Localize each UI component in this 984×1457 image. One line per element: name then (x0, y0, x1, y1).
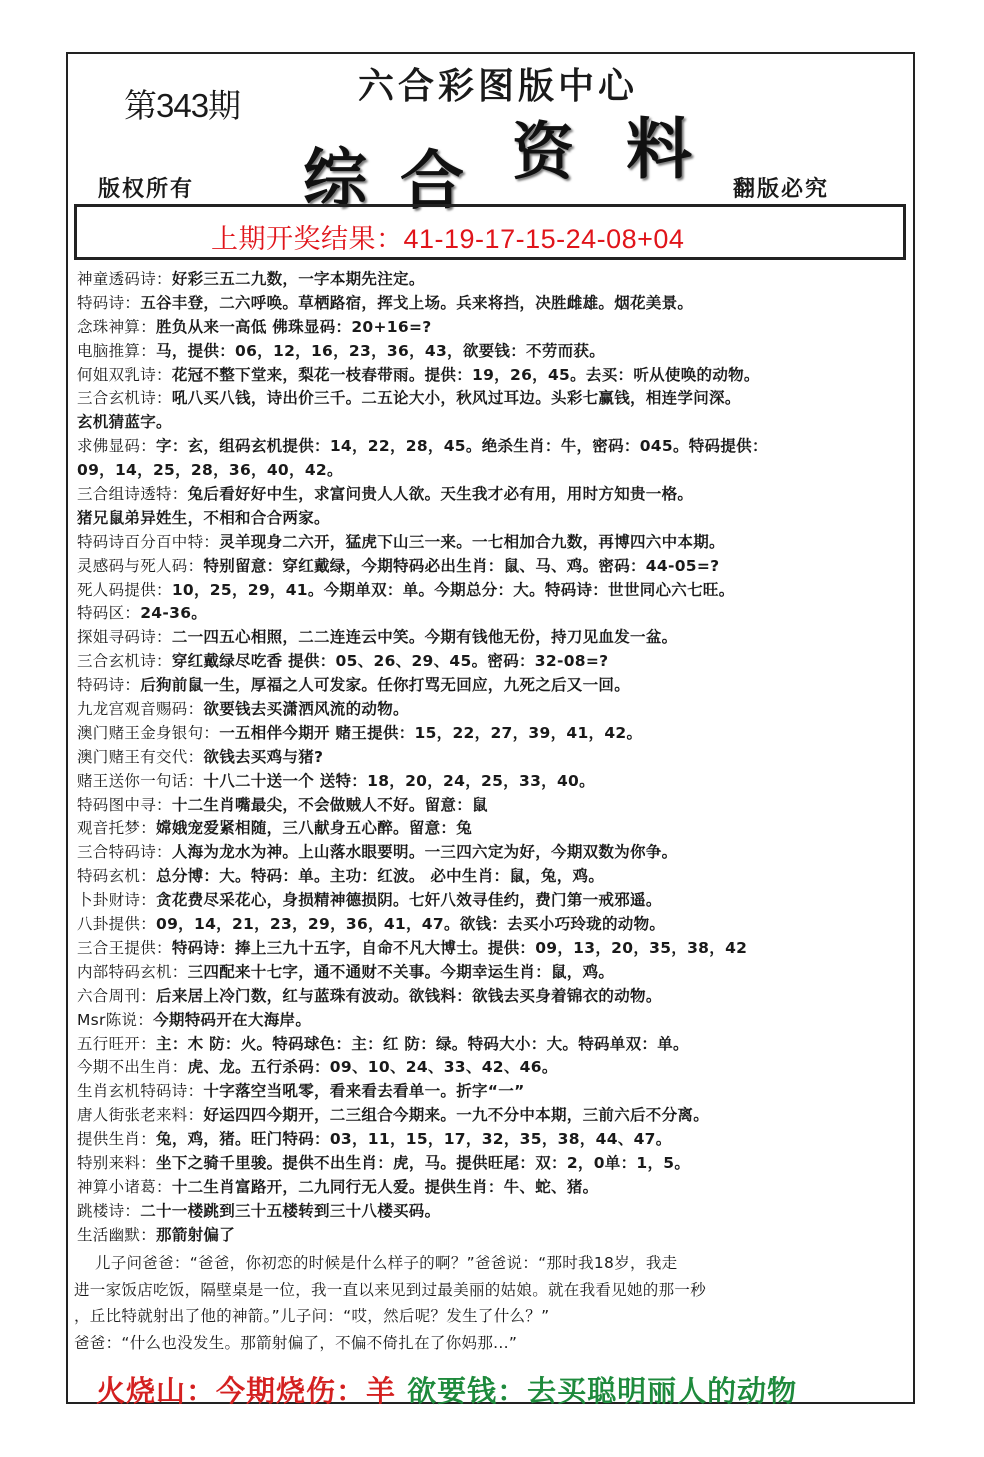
last-result: 上期开奖结果：41-19-17-15-24-08+04 (211, 217, 684, 256)
item-label: 澳门赌王金身银句： (77, 724, 219, 742)
list-item: 死人码提供：10，25，29，41。今期单双：单。今期总分：大。特码诗：世世同心… (77, 579, 907, 603)
item-label: 特码区： (77, 604, 140, 622)
item-value: 特别留意：穿红戴绿，今期特码必出生肖：鼠、马、鸡。密码：44-05=? (203, 557, 719, 575)
item-value: 二一四五心相照，二二连连云中笑。今期有钱他无份，持刀见血发一盆。 (172, 628, 678, 646)
item-value: 玄机猜蓝字。 (77, 413, 172, 431)
story-line: ，丘比特就射出了他的神箭。”儿子问：“哎，然后呢？发生了什么？” (74, 1303, 904, 1330)
item-label: 特码诗： (77, 294, 140, 312)
item-label: 特码玄机： (77, 867, 156, 885)
list-item: 特别来料：坐下之骑千里骏。提供不出生肖：虎，马。提供旺尾：双：2，0单：1，5。 (77, 1152, 907, 1176)
item-value: 10，25，29，41。今期单双：单。今期总分：大。特码诗：世世同心六七旺。 (172, 581, 735, 599)
list-item: 卜卦财诗：贪花费尽采花心，身损精神德损阴。七奸八效寻佳约，费门第一戒邪遥。 (77, 889, 907, 913)
item-value: 特码诗：捧上三九十五字，自命不凡大博士。提供：09，13，20，35，38，42 (172, 939, 747, 957)
item-label: 九龙宫观音赐码： (77, 700, 203, 718)
tips-list: 神童透码诗：好彩三五二九数，一字本期先注定。特码诗：五谷丰登，二六呼唤。草栖路宿… (77, 268, 907, 1248)
item-label: 灵感码与死人码： (77, 557, 203, 575)
item-value: 好运四四今期开，二三组合今期来。一九不分中本期，三前六后不分离。 (203, 1106, 709, 1124)
list-item: 探姐寻码诗：二一四五心相照，二二连连云中笑。今期有钱他无份，持刀见血发一盆。 (77, 626, 907, 650)
list-item: 何姐双乳诗：花冠不整下堂来，梨花一枝春带雨。提供：19，26，45。去买：听从使… (77, 364, 907, 388)
issue-number: 第343期 (124, 80, 240, 127)
item-value: 十字落空当吼零，看来看去看单一。折字“一” (203, 1082, 524, 1100)
item-label: 神算小诸葛： (77, 1178, 172, 1196)
item-value: 今期特码开在大海岸。 (153, 1011, 311, 1029)
item-value: 贪花费尽采花心，身损精神德损阴。七奸八效寻佳约，费门第一戒邪遥。 (156, 891, 662, 909)
big-title-char-3: 资 (512, 102, 574, 191)
item-value: 总分博：大。特码：单。主功：红波。 必中生肖：鼠，兔，鸡。 (156, 867, 604, 885)
list-item: 特码玄机：总分博：大。特码：单。主功：红波。 必中生肖：鼠，兔，鸡。 (77, 865, 907, 889)
item-value: 后来居上冷门数，红与蓝珠有波动。欲钱料：欲钱去买身着锦衣的动物。 (156, 987, 662, 1005)
item-label: 六合周刊： (77, 987, 156, 1005)
item-label: 神童透码诗： (77, 270, 172, 288)
item-value: 欲要钱去买潇洒风流的动物。 (203, 700, 408, 718)
center-title: 六合彩图版中心 (358, 58, 638, 109)
item-label: 特码图中寻： (77, 796, 172, 814)
item-label: 探姐寻码诗： (77, 628, 172, 646)
item-label: 何姐双乳诗： (77, 366, 172, 384)
item-label: 今期不出生肖： (77, 1058, 188, 1076)
item-label: 生活幽默： (77, 1226, 156, 1244)
list-item: 五行旺开：主：木 防：火。特码球色：主：红 防：绿。特码大小：大。特码单双：单。 (77, 1033, 907, 1057)
item-label: 生肖玄机特码诗： (77, 1082, 203, 1100)
story-line: 进一家饭店吃饭，隔壁桌是一位，我一直以来见到过最美丽的姑娘。就在我看见她的那一秒 (74, 1277, 904, 1304)
list-item: 求佛显码：字：玄，组码玄机提供：14，22，28，45。绝杀生肖：牛，密码：04… (77, 435, 907, 459)
item-label: 澳门赌王有交代： (77, 748, 203, 766)
item-label: 念珠神算： (77, 318, 156, 336)
item-value: 那箭射偏了 (156, 1226, 235, 1244)
list-item: 三合组诗透特：兔后看好好中生，求富问贵人人欲。天生我才必有用，用时方知贵一格。 (77, 483, 907, 507)
list-item: 三合玄机诗：吼八买八钱，诗出价三千。二五论大小，秋风过耳边。头彩七赢钱，相连学问… (77, 387, 907, 411)
list-item: 八卦提供：09，14，21，23，29，36，41，47。欲钱：去买小巧玲珑的动… (77, 913, 907, 937)
story-line: 爸爸：“什么也没发生。那箭射偏了，不偏不倚扎在了你妈那...” (74, 1330, 904, 1357)
item-label: 唐人街张老来料： (77, 1106, 203, 1124)
list-item: 生肖玄机特码诗：十字落空当吼零，看来看去看单一。折字“一” (77, 1080, 907, 1104)
list-item: 生活幽默：那箭射偏了 (77, 1224, 907, 1248)
list-item: 今期不出生肖：虎、龙。五行杀码：09、10、24、33、42、46。 (77, 1056, 907, 1080)
item-label: 五行旺开： (77, 1035, 156, 1053)
item-value: 十二生肖富路开，二九同行无人爱。提供生肖：牛、蛇、猪。 (172, 1178, 599, 1196)
list-item: 玄机猜蓝字。 (77, 411, 907, 435)
item-value: 兔，鸡，猪。旺门特码：03，11，15，17，32，35，38，44、47。 (156, 1130, 672, 1148)
item-value: 好彩三五二九数，一字本期先注定。 (172, 270, 425, 288)
item-value: 五谷丰登，二六呼唤。草栖路宿，挥戈上场。兵来将挡，决胜雌雄。烟花美景。 (140, 294, 693, 312)
item-label: 八卦提供： (77, 915, 156, 933)
item-label: 电脑推算： (77, 342, 156, 360)
item-value: 马，提供：06，12，16，23，36，43，欲要钱：不劳而获。 (156, 342, 605, 360)
list-item: 三合王提供：特码诗：捧上三九十五字，自命不凡大博士。提供：09，13，20，35… (77, 937, 907, 961)
list-item: 六合周刊：后来居上冷门数，红与蓝珠有波动。欲钱料：欲钱去买身着锦衣的动物。 (77, 985, 907, 1009)
item-value: 坐下之骑千里骏。提供不出生肖：虎，马。提供旺尾：双：2，0单：1，5。 (156, 1154, 690, 1172)
item-label: 特码诗： (77, 676, 140, 694)
joke-story: 儿子问爸爸：“爸爸，你初恋的时候是什么样子的啊？”爸爸说：“那时我18岁，我走进… (74, 1250, 904, 1356)
item-label: 跳楼诗： (77, 1202, 140, 1220)
item-value: 十二生肖嘴最尖，不会做贼人不好。留意：鼠 (172, 796, 488, 814)
item-value: 猪兄鼠弟异姓生，不相和合合两家。 (77, 509, 330, 527)
item-label: 内部特码玄机： (77, 963, 188, 981)
list-item: 灵感码与死人码：特别留意：穿红戴绿，今期特码必出生肖：鼠、马、鸡。密码：44-0… (77, 555, 907, 579)
list-item: 观音托梦：嫦娥宠爱紧相随，三八献身五心醉。留意：兔 (77, 817, 907, 841)
item-value: 嫦娥宠爱紧相随，三八献身五心醉。留意：兔 (156, 819, 472, 837)
big-title-char-4: 料 (626, 96, 692, 191)
item-label: 特别来料： (77, 1154, 156, 1172)
item-value: 花冠不整下堂来，梨花一枝春带雨。提供：19，26，45。去买：听从使唤的动物。 (172, 366, 760, 384)
list-item: 09，14，25，28，36，40，42。 (77, 459, 907, 483)
item-value: 三四配来十七字，通不通财不关事。今期幸运生肖：鼠，鸡。 (188, 963, 615, 981)
item-value: 十八二十送一个 送特：18，20，24，25，33，40。 (203, 772, 595, 790)
item-label: 三合玄机诗： (77, 389, 172, 407)
item-label: 三合王提供： (77, 939, 172, 957)
item-value: 字：玄，组码玄机提供：14，22，28，45。绝杀生肖：牛，密码：045。特码提… (156, 437, 768, 455)
list-item: 特码图中寻：十二生肖嘴最尖，不会做贼人不好。留意：鼠 (77, 794, 907, 818)
item-label: 观音托梦： (77, 819, 156, 837)
item-value: 穿红戴绿尽吃香 提供：05、26、29、45。密码：32-08=? (172, 652, 609, 670)
list-item: 三合玄机诗：穿红戴绿尽吃香 提供：05、26、29、45。密码：32-08=? (77, 650, 907, 674)
copyright-tag: 版权所有 (98, 172, 194, 203)
list-item: 内部特码玄机：三四配来十七字，通不通财不关事。今期幸运生肖：鼠，鸡。 (77, 961, 907, 985)
item-label: 三合特码诗： (77, 843, 172, 861)
list-item: 唐人街张老来料：好运四四今期开，二三组合今期来。一九不分中本期，三前六后不分离。 (77, 1104, 907, 1128)
story-line: 儿子问爸爸：“爸爸，你初恋的时候是什么样子的啊？”爸爸说：“那时我18岁，我走 (74, 1250, 904, 1277)
list-item: 赌王送你一句话：十八二十送一个 送特：18，20，24，25，33，40。 (77, 770, 907, 794)
footer-green-text: 欲要钱：去买聪明丽人的动物 (407, 1374, 797, 1408)
item-value: 灵羊现身二六开，猛虎下山三一来。一七相加合九数，再博四六中本期。 (219, 533, 725, 551)
item-value: 欲钱去买鸡与猪? (203, 748, 323, 766)
piracy-warning-tag: 翻版必究 (733, 172, 829, 203)
item-value: 09，14，25，28，36，40，42。 (77, 461, 343, 479)
item-label: 三合玄机诗： (77, 652, 172, 670)
item-value: 二十一楼跳到三十五楼转到三十八楼买码。 (140, 1202, 440, 1220)
item-value: 虎、龙。五行杀码：09、10、24、33、42、46。 (188, 1058, 558, 1076)
item-label: 赌王送你一句话： (77, 772, 203, 790)
last-result-numbers: 41-19-17-15-24-08+04 (404, 224, 685, 254)
item-label: 死人码提供： (77, 581, 172, 599)
list-item: 特码区：24-36。 (77, 602, 907, 626)
item-value: 胜负从来一高低 佛珠显码：20+16=? (156, 318, 432, 336)
last-result-label: 上期开奖结果： (211, 224, 404, 254)
list-item: 三合特码诗：人海为龙水为神。上山落水眼要明。一三四六定为好，今期双数为你争。 (77, 841, 907, 865)
list-item: 电脑推算：马，提供：06，12，16，23，36，43，欲要钱：不劳而获。 (77, 340, 907, 364)
item-label: 求佛显码： (77, 437, 156, 455)
list-item: 特码诗：五谷丰登，二六呼唤。草栖路宿，挥戈上场。兵来将挡，决胜雌雄。烟花美景。 (77, 292, 907, 316)
item-value: 24-36。 (140, 604, 207, 622)
list-item: 神算小诸葛：十二生肖富路开，二九同行无人爱。提供生肖：牛、蛇、猪。 (77, 1176, 907, 1200)
list-item: 提供生肖：兔，鸡，猪。旺门特码：03，11，15，17，32，35，38，44、… (77, 1128, 907, 1152)
list-item: 特码诗：后狗前鼠一生，厚福之人可发家。任你打骂无回应，九死之后又一回。 (77, 674, 907, 698)
list-item: 澳门赌王金身银句：一五相伴今期开 赌王提供：15，22，27，39，41，42。 (77, 722, 907, 746)
list-item: 九龙宫观音赐码：欲要钱去买潇洒风流的动物。 (77, 698, 907, 722)
item-label: Msr陈说： (77, 1011, 153, 1029)
footer-red-text: 火烧山：今期烧伤：羊 (96, 1374, 407, 1408)
item-value: 一五相伴今期开 赌王提供：15，22，27，39，41，42。 (219, 724, 642, 742)
list-item: 念珠神算：胜负从来一高低 佛珠显码：20+16=? (77, 316, 907, 340)
item-value: 兔后看好好中生，求富问贵人人欲。天生我才必有用，用时方知贵一格。 (188, 485, 694, 503)
list-item: Msr陈说：今期特码开在大海岸。 (77, 1009, 907, 1033)
list-item: 澳门赌王有交代：欲钱去买鸡与猪? (77, 746, 907, 770)
item-value: 人海为龙水为神。上山落水眼要明。一三四六定为好，今期双数为你争。 (172, 843, 678, 861)
item-label: 提供生肖： (77, 1130, 156, 1148)
item-label: 卜卦财诗： (77, 891, 156, 909)
footer-banner: 火烧山：今期烧伤：羊 欲要钱：去买聪明丽人的动物 (96, 1369, 797, 1410)
item-value: 吼八买八钱，诗出价三千。二五论大小，秋风过耳边。头彩七赢钱，相连学问深。 (172, 389, 741, 407)
list-item: 猪兄鼠弟异姓生，不相和合合两家。 (77, 507, 907, 531)
item-label: 特码诗百分百中特： (77, 533, 219, 551)
list-item: 跳楼诗：二十一楼跳到三十五楼转到三十八楼买码。 (77, 1200, 907, 1224)
item-value: 主：木 防：火。特码球色：主：红 防：绿。特码大小：大。特码单双：单。 (156, 1035, 689, 1053)
item-value: 后狗前鼠一生，厚福之人可发家。任你打骂无回应，九死之后又一回。 (140, 676, 630, 694)
item-value: 09，14，21，23，29，36，41，47。欲钱：去买小巧玲珑的动物。 (156, 915, 665, 933)
list-item: 神童透码诗：好彩三五二九数，一字本期先注定。 (77, 268, 907, 292)
list-item: 特码诗百分百中特：灵羊现身二六开，猛虎下山三一来。一七相加合九数，再博四六中本期… (77, 531, 907, 555)
item-label: 三合组诗透特： (77, 485, 188, 503)
